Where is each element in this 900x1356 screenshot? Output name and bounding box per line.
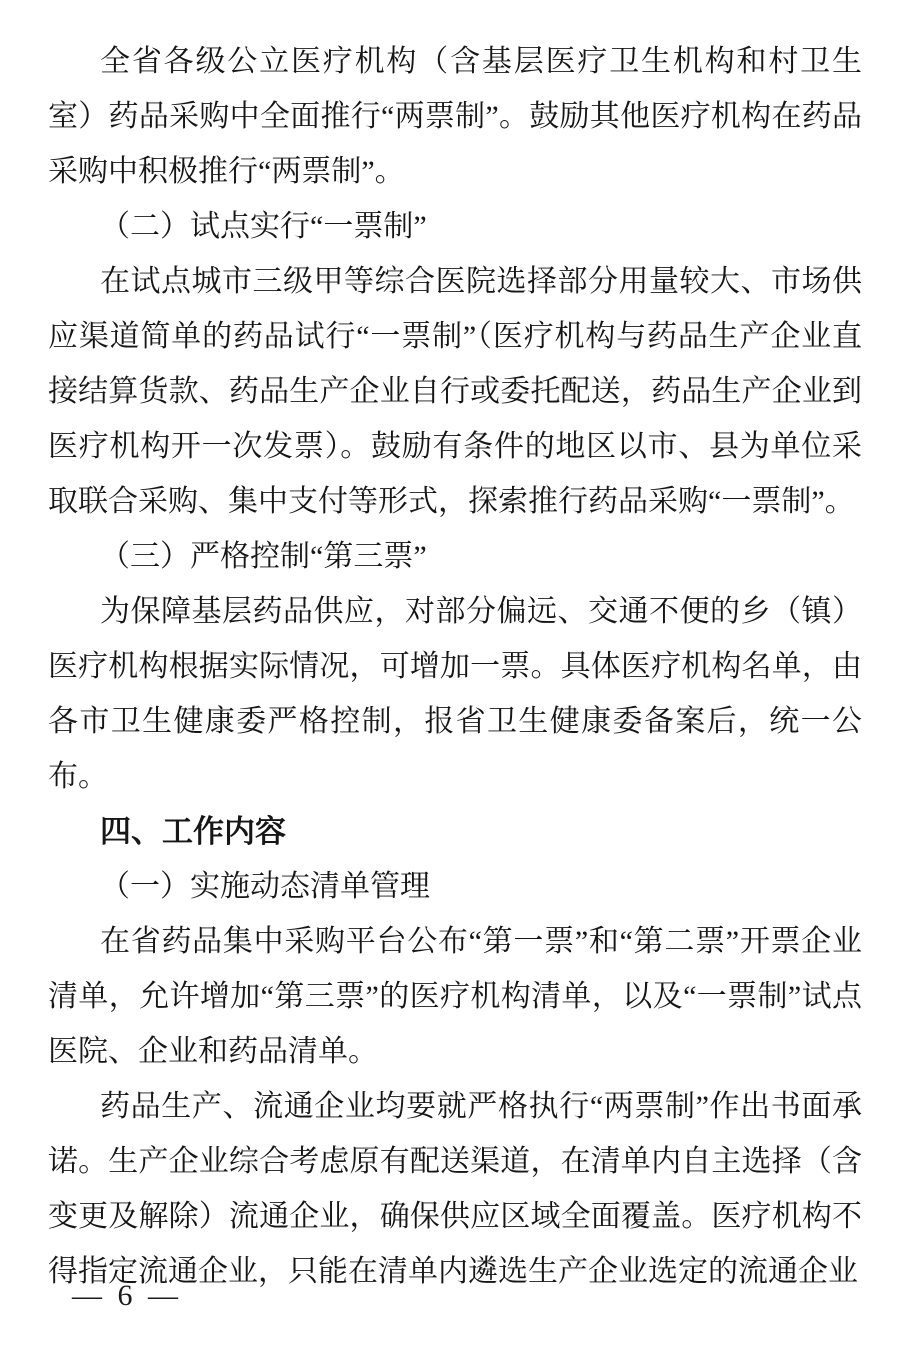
subsection-heading-control-third-invoice: （三）严格控制“第三票” (48, 529, 862, 584)
paragraph-two-invoice-scope: 全省各级公立医疗机构（含基层医疗卫生机构和村卫生室）药品采购中全面推行“两票制”… (48, 34, 862, 199)
document-page: 全省各级公立医疗机构（含基层医疗卫生机构和村卫生室）药品采购中全面推行“两票制”… (0, 0, 900, 1356)
section-heading-work-content: 四、工作内容 (48, 804, 862, 859)
document-body: 全省各级公立医疗机构（含基层医疗卫生机构和村卫生室）药品采购中全面推行“两票制”… (48, 34, 862, 1299)
page-number: — 6 — (72, 1278, 182, 1314)
paragraph-third-invoice-detail: 为保障基层药品供应，对部分偏远、交通不便的乡（镇）医疗机构根据实际情况，可增加一… (48, 584, 862, 804)
subsection-heading-dynamic-list-management: （一）实施动态清单管理 (48, 859, 862, 914)
subsection-heading-pilot-one-invoice: （二）试点实行“一票制” (48, 199, 862, 254)
paragraph-enterprise-commitment: 药品生产、流通企业均要就严格执行“两票制”作出书面承诺。生产企业综合考虑原有配送… (48, 1079, 862, 1299)
paragraph-platform-list-publication: 在省药品集中采购平台公布“第一票”和“第二票”开票企业清单，允许增加“第三票”的… (48, 914, 862, 1079)
paragraph-one-invoice-pilot-detail: 在试点城市三级甲等综合医院选择部分用量较大、市场供应渠道简单的药品试行“一票制”… (48, 254, 862, 529)
